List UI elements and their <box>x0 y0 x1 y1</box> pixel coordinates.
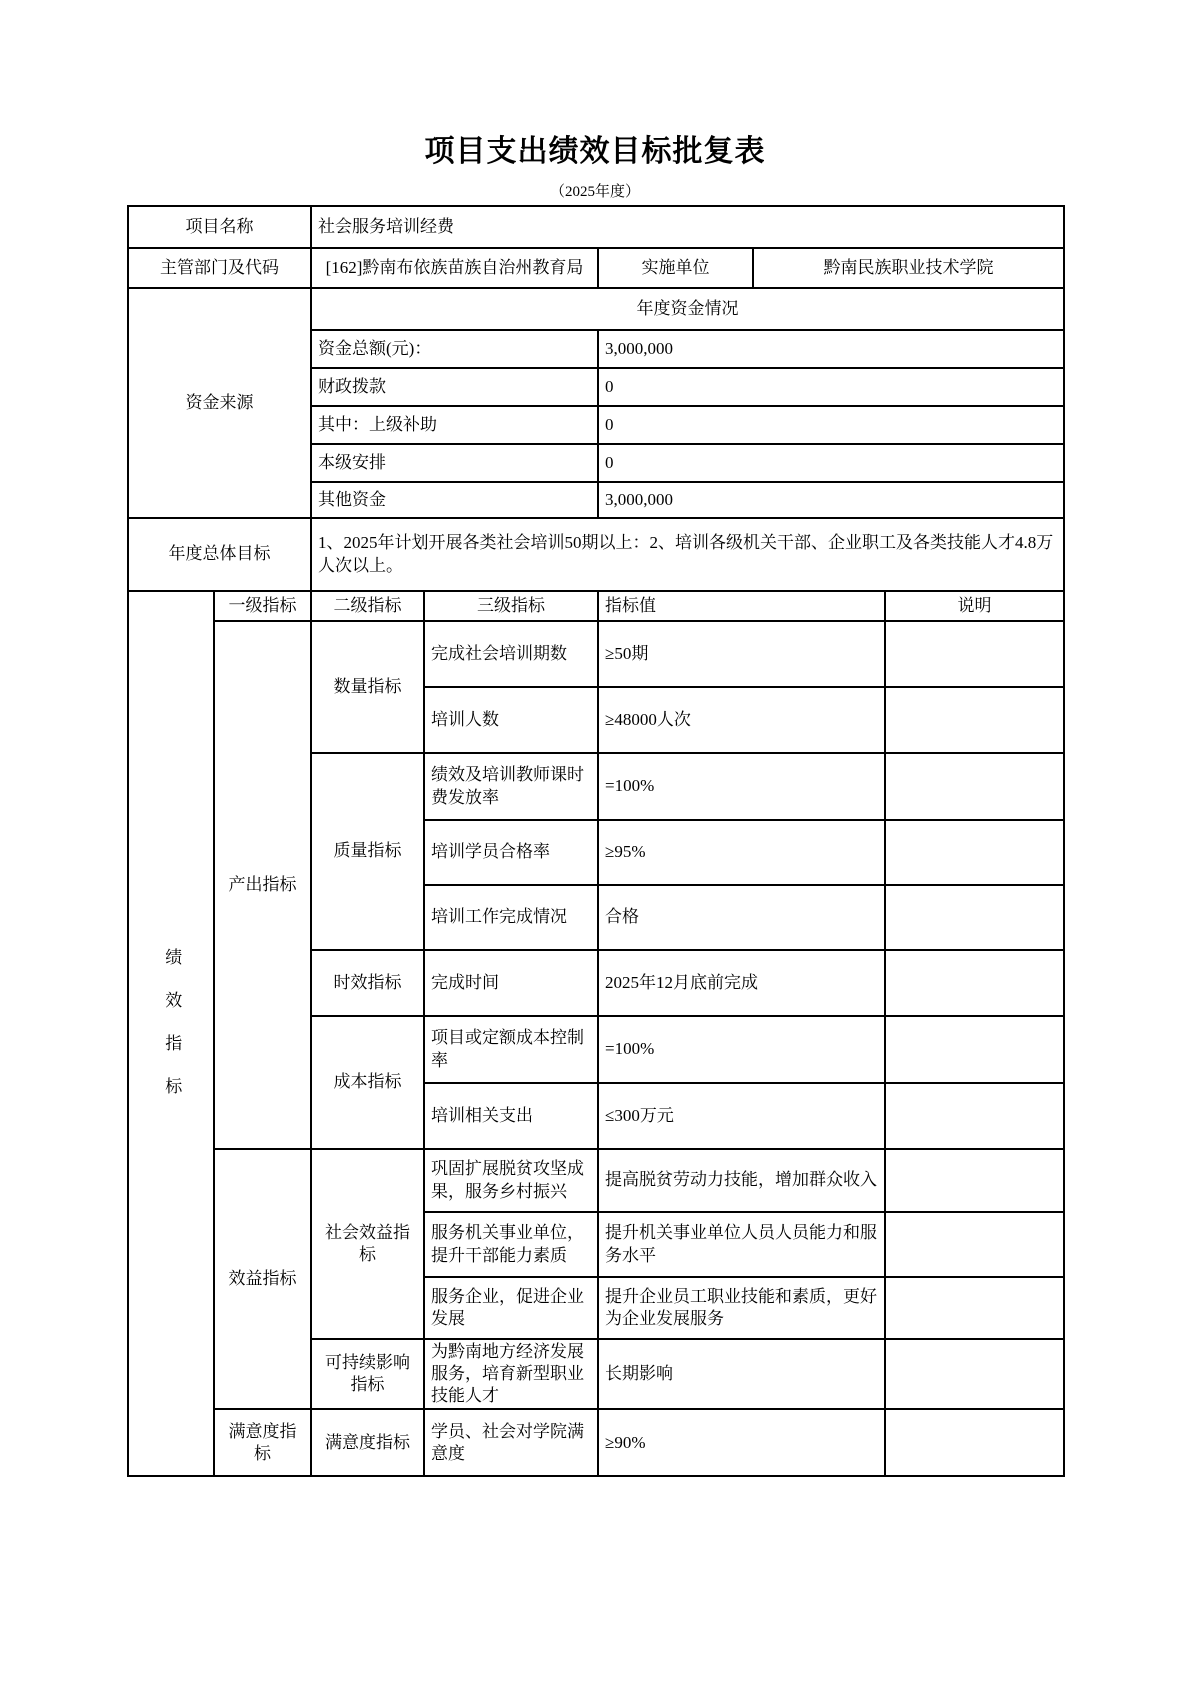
page-subtitle: （2025年度） <box>127 180 1063 201</box>
note-cell <box>885 753 1064 820</box>
value-cell: 长期影响 <box>598 1339 885 1409</box>
value-cell: ≥48000人次 <box>598 687 885 753</box>
value-cell: =100% <box>598 753 885 820</box>
note-cell <box>885 1149 1064 1212</box>
value-cell: =100% <box>598 1016 885 1083</box>
level3-cell: 绩效及培训教师课时费发放率 <box>424 753 598 820</box>
funding-total-label: 资金总额(元)： <box>311 330 598 368</box>
note-cell <box>885 621 1064 687</box>
header-note: 说明 <box>885 591 1064 621</box>
indicator-row: 效益指标 社会效益指标 巩固扩展脱贫攻坚成果，服务乡村振兴 提高脱贫劳动力技能，… <box>128 1149 1064 1212</box>
funding-superior-label: 其中：上级补助 <box>311 406 598 444</box>
level3-cell: 完成时间 <box>424 950 598 1016</box>
value-cell: 合格 <box>598 885 885 950</box>
page-title: 项目支出绩效目标批复表 <box>127 135 1063 168</box>
impl-unit-value: 黔南民族职业技术学院 <box>753 248 1064 288</box>
indicator-row: 满意度指标 满意度指标 学员、社会对学院满意度 ≥90% <box>128 1409 1064 1476</box>
value-cell: ≤300万元 <box>598 1083 885 1149</box>
dept-label: 主管部门及代码 <box>128 248 311 288</box>
indicator-row: 产出指标 数量指标 完成社会培训期数 ≥50期 <box>128 621 1064 687</box>
funding-superior-value: 0 <box>598 406 1064 444</box>
funding-fiscal-value: 0 <box>598 368 1064 406</box>
header-level3: 三级指标 <box>424 591 598 621</box>
project-name-label: 项目名称 <box>128 206 311 248</box>
value-cell: ≥90% <box>598 1409 885 1476</box>
level3-cell: 完成社会培训期数 <box>424 621 598 687</box>
note-cell <box>885 1212 1064 1277</box>
perf-side-label: 绩效指标 <box>161 948 181 1120</box>
level2-social: 社会效益指标 <box>311 1149 424 1339</box>
document-page: 项目支出绩效目标批复表 （2025年度） 项目名称 社会服务培训经费 主管部门及… <box>0 0 1191 1684</box>
annual-goal-label: 年度总体目标 <box>128 518 311 591</box>
level3-cell: 学员、社会对学院满意度 <box>424 1409 598 1476</box>
value-cell: ≥95% <box>598 820 885 885</box>
performance-target-table: 项目名称 社会服务培训经费 主管部门及代码 [162]黔南布依族苗族自治州教育局… <box>127 205 1065 1477</box>
funding-local-value: 0 <box>598 444 1064 482</box>
impl-unit-label: 实施单位 <box>598 248 753 288</box>
level2-quality: 质量指标 <box>311 753 424 950</box>
row-indicator-header: 绩效指标 一级指标 二级指标 三级指标 指标值 说明 <box>128 591 1064 621</box>
level2-cost: 成本指标 <box>311 1016 424 1149</box>
row-dept: 主管部门及代码 [162]黔南布依族苗族自治州教育局 实施单位 黔南民族职业技术… <box>128 248 1064 288</box>
value-cell: ≥50期 <box>598 621 885 687</box>
level3-cell: 培训人数 <box>424 687 598 753</box>
level2-sustain: 可持续影响指标 <box>311 1339 424 1409</box>
value-cell: 2025年12月底前完成 <box>598 950 885 1016</box>
note-cell <box>885 820 1064 885</box>
funding-local-label: 本级安排 <box>311 444 598 482</box>
level3-cell: 服务企业，促进企业发展 <box>424 1277 598 1339</box>
level1-satisfaction: 满意度指标 <box>214 1409 311 1476</box>
perf-side-label-cell: 绩效指标 <box>128 591 214 1476</box>
level3-cell: 为黔南地方经济发展服务，培育新型职业技能人才 <box>424 1339 598 1409</box>
value-cell: 提升机关事业单位人员人员能力和服务水平 <box>598 1212 885 1277</box>
row-funding-header: 资金来源 年度资金情况 <box>128 288 1064 330</box>
funding-other-label: 其他资金 <box>311 482 598 518</box>
dept-value: [162]黔南布依族苗族自治州教育局 <box>311 248 598 288</box>
header-value: 指标值 <box>598 591 885 621</box>
header-level1: 一级指标 <box>214 591 311 621</box>
value-cell: 提高脱贫劳动力技能，增加群众收入 <box>598 1149 885 1212</box>
project-name-value: 社会服务培训经费 <box>311 206 1064 248</box>
funding-fiscal-label: 财政拨款 <box>311 368 598 406</box>
level2-quantity: 数量指标 <box>311 621 424 753</box>
level3-cell: 培训相关支出 <box>424 1083 598 1149</box>
level3-cell: 培训工作完成情况 <box>424 885 598 950</box>
level3-cell: 项目或定额成本控制率 <box>424 1016 598 1083</box>
level3-cell: 培训学员合格率 <box>424 820 598 885</box>
funding-other-value: 3,000,000 <box>598 482 1064 518</box>
annual-goal-text: 1、2025年计划开展各类社会培训50期以上：2、培训各级机关干部、企业职工及各… <box>311 518 1064 591</box>
level3-cell: 巩固扩展脱贫攻坚成果，服务乡村振兴 <box>424 1149 598 1212</box>
level2-timeliness: 时效指标 <box>311 950 424 1016</box>
funding-source-label: 资金来源 <box>128 288 311 518</box>
note-cell <box>885 1016 1064 1083</box>
note-cell <box>885 885 1064 950</box>
level3-cell: 服务机关事业单位，提升干部能力素质 <box>424 1212 598 1277</box>
row-project-name: 项目名称 社会服务培训经费 <box>128 206 1064 248</box>
level1-benefit: 效益指标 <box>214 1149 311 1409</box>
level1-output: 产出指标 <box>214 621 311 1149</box>
note-cell <box>885 1277 1064 1339</box>
level2-satisfaction: 满意度指标 <box>311 1409 424 1476</box>
note-cell <box>885 1409 1064 1476</box>
note-cell <box>885 1083 1064 1149</box>
note-cell <box>885 1339 1064 1409</box>
row-annual-goal: 年度总体目标 1、2025年计划开展各类社会培训50期以上：2、培训各级机关干部… <box>128 518 1064 591</box>
header-level2: 二级指标 <box>311 591 424 621</box>
note-cell <box>885 950 1064 1016</box>
value-cell: 提升企业员工职业技能和素质，更好为企业发展服务 <box>598 1277 885 1339</box>
funding-total-value: 3,000,000 <box>598 330 1064 368</box>
form-document: 项目支出绩效目标批复表 （2025年度） 项目名称 社会服务培训经费 主管部门及… <box>127 0 1063 1477</box>
annual-funding-header: 年度资金情况 <box>311 288 1064 330</box>
note-cell <box>885 687 1064 753</box>
